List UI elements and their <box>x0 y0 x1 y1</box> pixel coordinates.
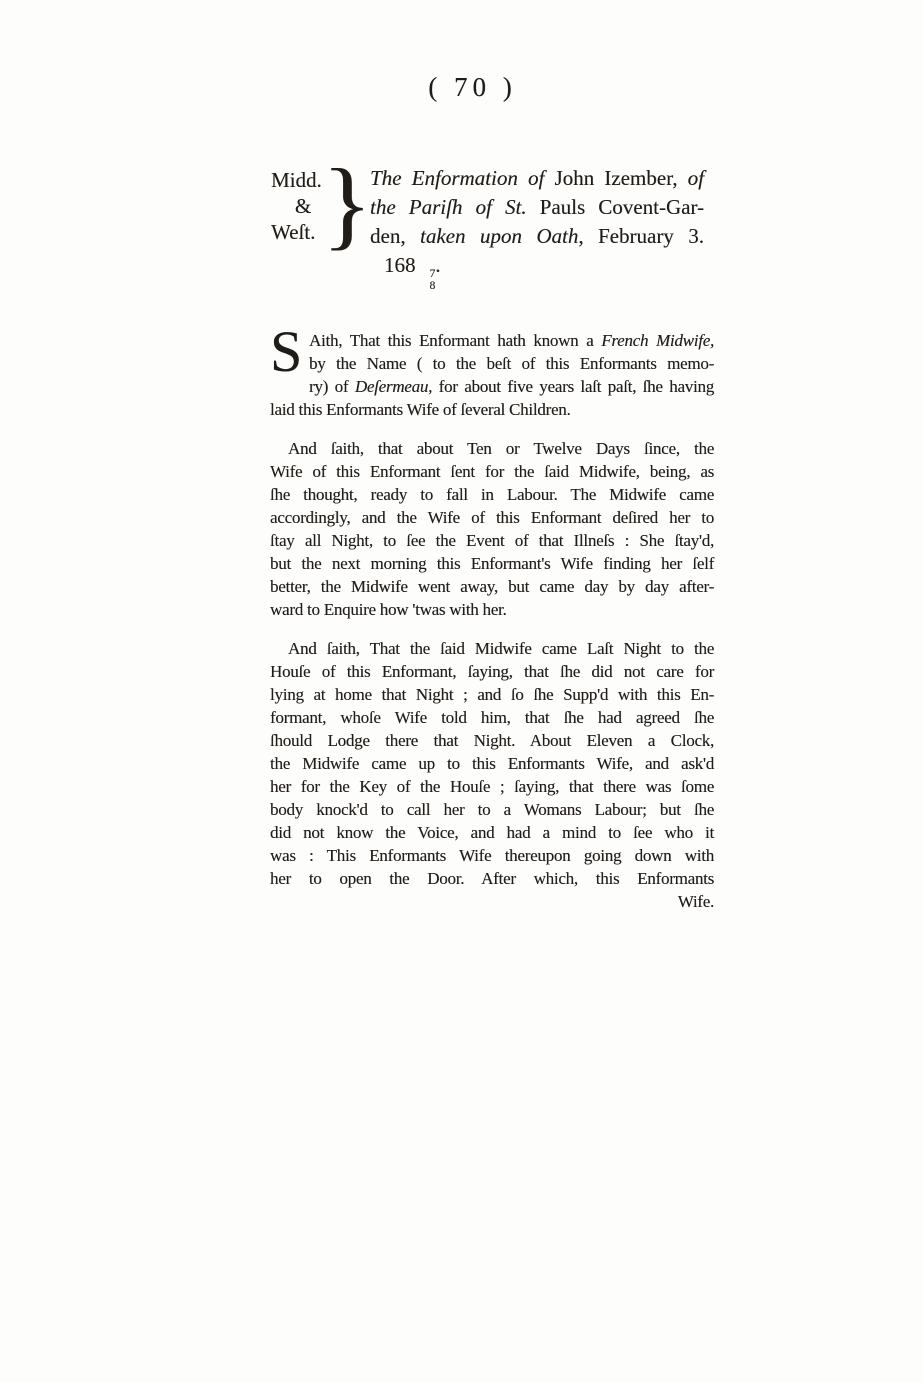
paragraphs: SAith, That this Enformant hath known a … <box>270 329 714 890</box>
text-segment: body knock'd to call her to a Womans Lab… <box>270 800 714 819</box>
text-segment: did not know the Voice, and had a mind t… <box>270 823 714 842</box>
text-segment: the Midwife came up to this Enformants W… <box>270 754 714 773</box>
text-line: ſhould Lodge there that Night. About Ele… <box>270 729 714 752</box>
text-segment: by the Name ( to the beſt of this Enform… <box>309 354 714 373</box>
text-line: the Midwife came up to this Enformants W… <box>270 752 714 775</box>
text-line: better, the Midwife went away, but came … <box>270 575 714 598</box>
text-segment: Deſermeau, <box>355 377 432 396</box>
text-line: was : This Enformants Wife thereupon goi… <box>270 844 714 867</box>
text-line: ward to Enquire how 'twas with her. <box>270 598 714 621</box>
text-line: den, taken upon Oath, February 3. <box>370 222 704 251</box>
text-segment: ward to Enquire how 'twas with her. <box>270 600 507 619</box>
text-segment: den, <box>370 224 420 248</box>
text-line: by the Name ( to the beſt of this Enform… <box>270 352 714 375</box>
text-segment: of <box>688 166 704 190</box>
text-segment: And ſaith, That the ſaid Midwife came La… <box>288 639 714 658</box>
text-line: laid this Enformants Wife of ſeveral Chi… <box>270 398 714 421</box>
text-segment: taken upon Oath <box>420 224 578 248</box>
text-segment: Houſe of this Enformant, ſaying, that ſh… <box>270 662 714 681</box>
text-line: Aith, That this Enformant hath known a F… <box>270 329 714 352</box>
text-segment: formant, whoſe Wife told him, that ſhe h… <box>270 708 714 727</box>
text-segment: , <box>672 166 687 190</box>
text-line: And ſaith, That the ſaid Midwife came La… <box>270 637 714 660</box>
text-line: Houſe of this Enformant, ſaying, that ſh… <box>270 660 714 683</box>
text-segment: her to open the Door. After which, this … <box>270 869 714 888</box>
text-segment: laid this Enformants Wife of ſeveral Chi… <box>270 400 571 419</box>
deposition-heading: The Enformation of John Izember, ofthe P… <box>370 164 704 293</box>
text-segment: Wife of this Enformant ſent for the ſaid… <box>270 462 714 481</box>
text-segment: but the next morning this Enformant's Wi… <box>270 554 714 573</box>
text-line: the Pariſh of St. Pauls Covent-Gar- <box>370 193 704 222</box>
text-segment: ſtay all Night, to ſee the Event of that… <box>270 531 714 550</box>
text-segment: accordingly, and the Wife of this Enform… <box>270 508 714 527</box>
text-segment: John Izember <box>554 166 672 190</box>
text-line: Wife of this Enformant ſent for the ſaid… <box>270 460 714 483</box>
catchword: Wife. <box>270 890 714 913</box>
text-segment: Aith, That this Enformant hath known a <box>309 331 601 350</box>
text-segment: . <box>435 253 440 277</box>
text-segment: The Enformation of <box>370 166 554 190</box>
text-segment: the Pariſh of St. <box>370 195 540 219</box>
text-line: body knock'd to call her to a Womans Lab… <box>270 798 714 821</box>
text-segment: 168 <box>384 253 416 277</box>
text-line: lying at home that Night ; and ſo ſhe Su… <box>270 683 714 706</box>
stacked-fraction: 78 <box>416 269 436 293</box>
text-line: ſtay all Night, to ſee the Event of that… <box>270 529 714 552</box>
text-line: The Enformation of John Izember, of <box>370 164 704 193</box>
text-line: ſhe thought, ready to fall in Labour. Th… <box>270 483 714 506</box>
margin-brace: } <box>322 154 372 254</box>
text-segment: , February 3. <box>578 224 704 248</box>
text-segment: better, the Midwife went away, but came … <box>270 577 714 596</box>
text-segment: And ſaith, that about Ten or Twelve Days… <box>288 439 714 458</box>
text-segment: ry) of <box>309 377 355 396</box>
text-line: accordingly, and the Wife of this Enform… <box>270 506 714 529</box>
page-number: ( 70 ) <box>0 72 923 103</box>
drop-cap: S <box>270 330 302 376</box>
text-line: And ſaith, that about Ten or Twelve Days… <box>270 437 714 460</box>
text-line: her for the Key of the Houſe ; ſaying, t… <box>270 775 714 798</box>
fraction-digit: 8 <box>416 281 436 293</box>
text-line: her to open the Door. After which, this … <box>270 867 714 890</box>
paragraph: And ſaith, That the ſaid Midwife came La… <box>270 637 714 890</box>
text-segment: Pauls Covent-Gar- <box>540 195 704 219</box>
paragraph: SAith, That this Enformant hath known a … <box>270 329 714 421</box>
text-segment: her for the Key of the Houſe ; ſaying, t… <box>270 777 714 796</box>
text-segment: for about five years laſt paſt, ſhe havi… <box>432 377 714 396</box>
text-line: 16878. <box>370 251 704 293</box>
text-segment: lying at home that Night ; and ſo ſhe Su… <box>270 685 714 704</box>
text-line: ry) of Deſermeau, for about five years l… <box>270 375 714 398</box>
text-line: did not know the Voice, and had a mind t… <box>270 821 714 844</box>
text-segment: ſhould Lodge there that Night. About Ele… <box>270 731 714 750</box>
paragraph: And ſaith, that about Ten or Twelve Days… <box>270 437 714 621</box>
body-text: SAith, That this Enformant hath known a … <box>270 329 714 913</box>
text-segment: was : This Enformants Wife thereupon goi… <box>270 846 714 865</box>
document-page: ( 70 ) Midd.&Weſt. } The Enformation of … <box>0 0 923 1382</box>
text-line: but the next morning this Enformant's Wi… <box>270 552 714 575</box>
text-segment: French Midwife, <box>601 331 714 350</box>
text-line: formant, whoſe Wife told him, that ſhe h… <box>270 706 714 729</box>
text-segment: ſhe thought, ready to fall in Labour. Th… <box>270 485 714 504</box>
